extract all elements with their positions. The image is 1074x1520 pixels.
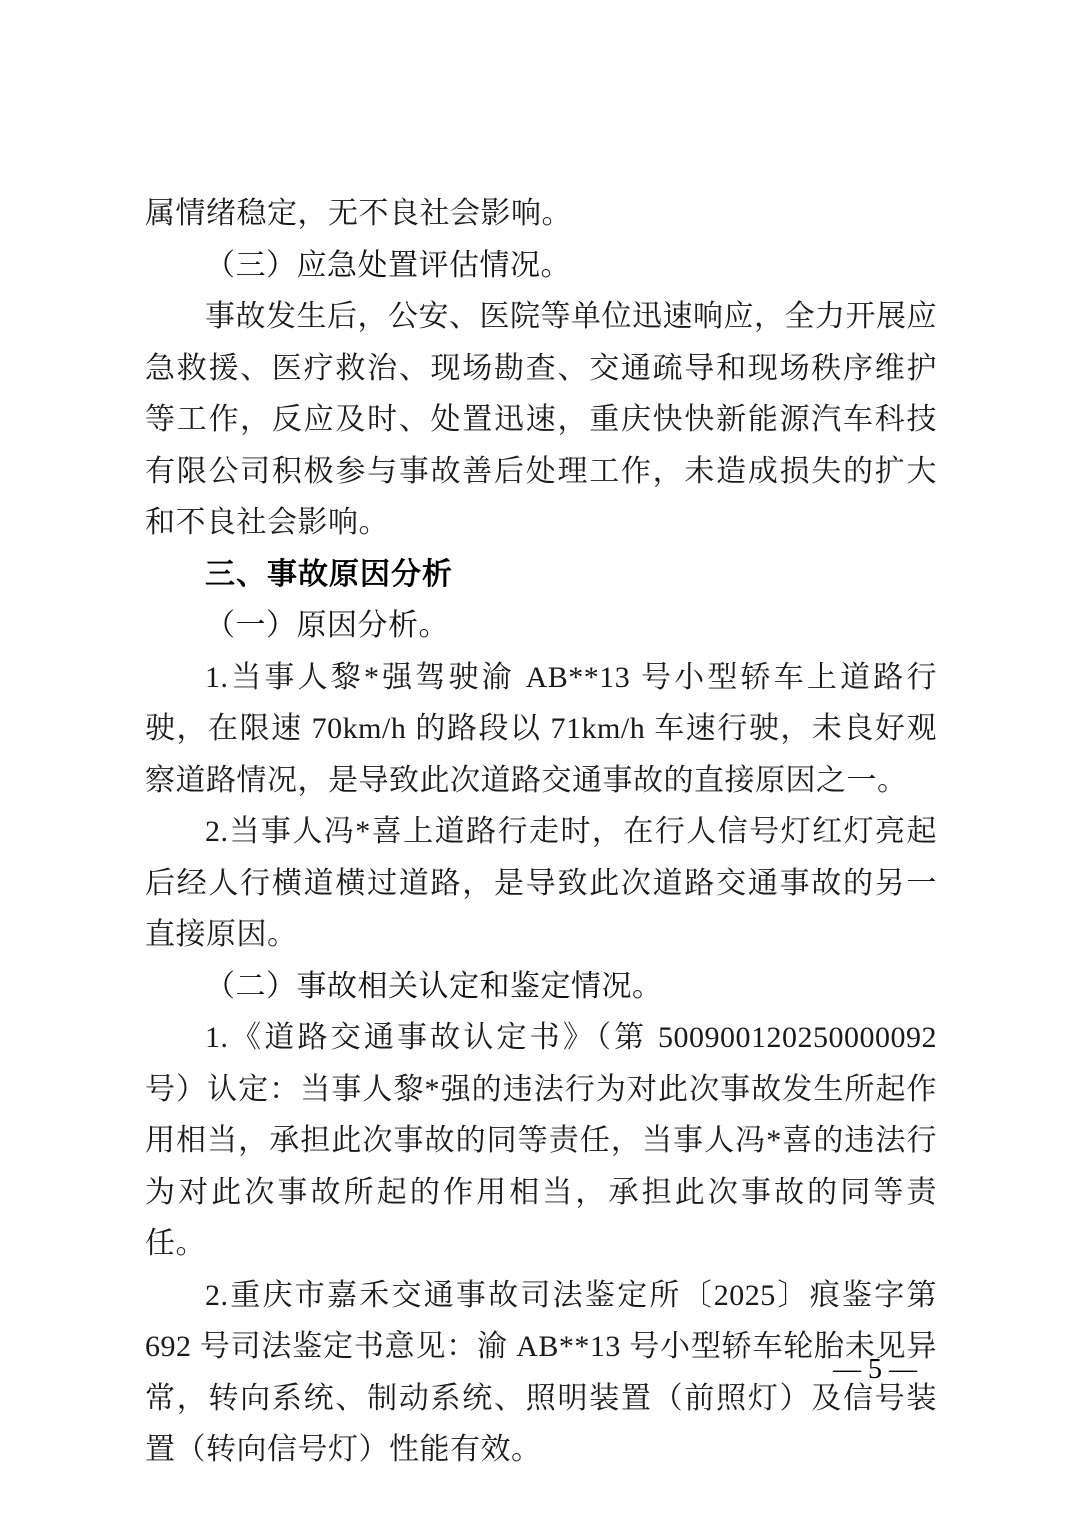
paragraph-accident-determination: 1.《道路交通事故认定书》（第 500900120250000092 号）认定：… <box>145 1012 937 1270</box>
paragraph-cause-2-pedestrian: 2.当事人冯*喜上道路行走时，在行人信号灯红灯亮起后经人行横道横过道路，是导致此… <box>145 806 937 961</box>
paragraph-cause-1-driver: 1.当事人黎*强驾驶渝 AB**13 号小型轿车上道路行驶，在限速 70km/h… <box>145 652 937 807</box>
subheading-cause-analysis: （一）原因分析。 <box>145 600 937 652</box>
page-number-footer: — 5 — <box>145 1350 917 1390</box>
section-heading-cause-analysis: 三、事故原因分析 <box>145 549 937 601</box>
subheading-emergency-response-evaluation: （三）应急处置评估情况。 <box>145 240 937 292</box>
subheading-determination-appraisal: （二）事故相关认定和鉴定情况。 <box>145 961 937 1013</box>
paragraph-emergency-response: 事故发生后，公安、医院等单位迅速响应，全力开展应急救援、医疗救治、现场勘查、交通… <box>145 291 937 549</box>
report-page: 属情绪稳定，无不良社会影响。 （三）应急处置评估情况。 事故发生后，公安、医院等… <box>0 0 1074 1520</box>
paragraph-continuation: 属情绪稳定，无不良社会影响。 <box>145 188 937 240</box>
page-body-text: 属情绪稳定，无不良社会影响。 （三）应急处置评估情况。 事故发生后，公安、医院等… <box>145 188 937 1476</box>
